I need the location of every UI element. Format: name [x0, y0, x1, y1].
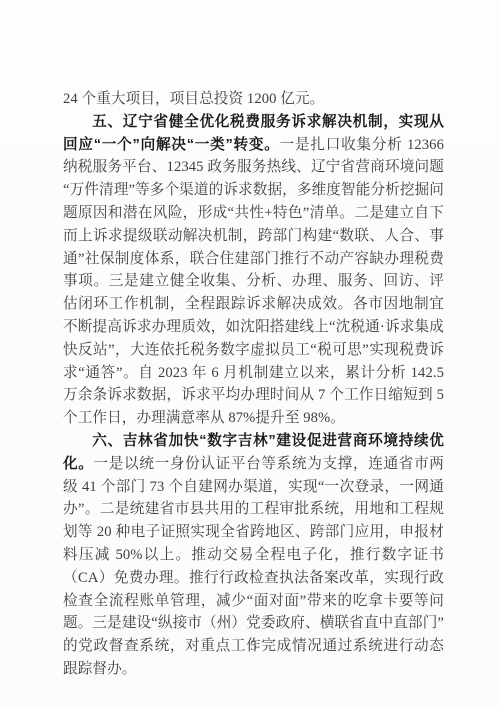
paragraph-section-5-liaoning: 五、辽宁省健全优化税费服务诉求解决机制，实现从回应“一个”向解决“一类”转变。一… [63, 111, 444, 430]
document-text-block: 24 个重大项目，项目总投资 1200 亿元。 五、辽宁省健全优化税费服务诉求解… [63, 88, 444, 681]
paragraph-continuation: 24 个重大项目，项目总投资 1200 亿元。 [63, 88, 444, 111]
document-page: 24 个重大项目，项目总投资 1200 亿元。 五、辽宁省健全优化税费服务诉求解… [0, 0, 500, 707]
section-5-body-text: 一是扎口收集分析 12366 纳税服务平台、12345 政务服务热线、辽宁省营商… [63, 137, 444, 427]
paragraph-continuation-text: 24 个重大项目，项目总投资 1200 亿元。 [63, 91, 324, 107]
page-number: 5 [63, 638, 444, 654]
